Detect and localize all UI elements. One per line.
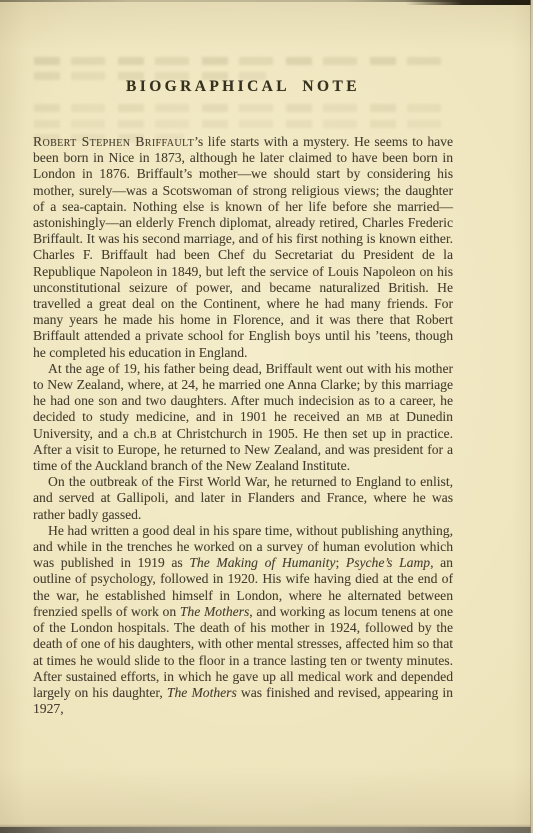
paragraphs-container: Robert Stephen Briffault’s life starts w… <box>33 134 453 717</box>
showthrough-text-artifact <box>34 57 452 65</box>
text-segment: mb <box>366 409 382 424</box>
text-segment: The Mothers <box>180 604 249 619</box>
paragraph: He had written a good deal in his spare … <box>33 523 453 717</box>
paragraph: At the age of 19, his father being dead,… <box>33 361 453 474</box>
text-segment: On the outbreak of the First World War, … <box>33 474 453 521</box>
page-heading: BIOGRAPHICAL NOTE <box>33 78 453 96</box>
body-text: Robert Stephen Briffault’s life starts w… <box>33 134 453 717</box>
paragraph: On the outbreak of the First World War, … <box>33 474 453 523</box>
scan-edge-bottom <box>0 827 533 833</box>
showthrough-text-artifact <box>34 104 452 112</box>
text-segment: Robert Stephen Briffault <box>33 134 194 149</box>
scan-edge-top-right <box>405 0 533 5</box>
showthrough-text-artifact <box>34 120 452 128</box>
text-segment: ; <box>335 555 345 570</box>
paragraph: Robert Stephen Briffault’s life starts w… <box>33 134 453 361</box>
text-segment: ’s life starts with a mystery. He seems … <box>33 134 453 360</box>
text-segment: The Mothers <box>167 685 237 700</box>
text-segment: The Making of Humanity <box>189 555 335 570</box>
scanned-book-page: BIOGRAPHICAL NOTE Robert Stephen Briffau… <box>0 0 533 833</box>
text-segment: b <box>150 426 157 441</box>
text-segment: Psyche’s Lamp <box>346 555 430 570</box>
